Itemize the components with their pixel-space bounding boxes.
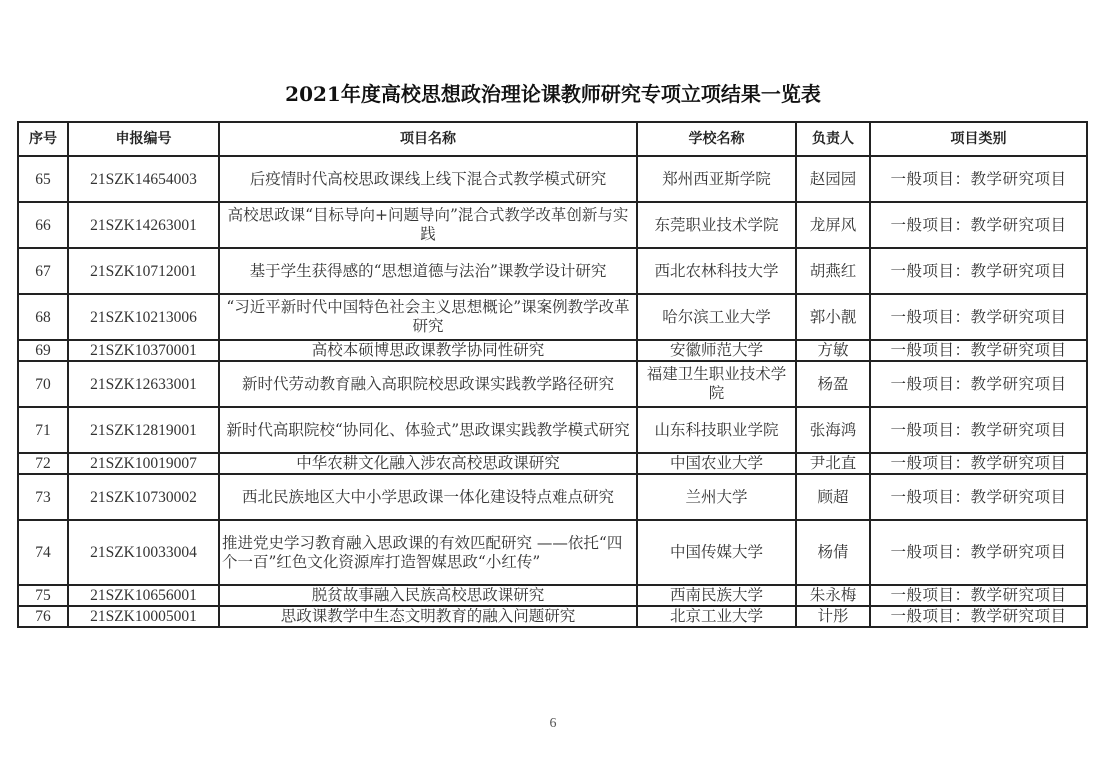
table-row: 71 21SZK12819001 新时代高职院校“协同化、体验式”思政课实践教学…	[18, 407, 1087, 453]
row-leader: 朱永梅	[796, 585, 870, 606]
row-no: 66	[18, 202, 68, 248]
row-code: 21SZK10712001	[68, 248, 219, 294]
table-row: 69 21SZK10370001 高校本硕博思政课教学协同性研究 安徽师范大学 …	[18, 340, 1087, 361]
row-school: 中国农业大学	[637, 453, 796, 474]
page-title: 2021年度高校思想政治理论课教师研究专项立项结果一览表	[0, 78, 1106, 107]
results-table: 序号 申报编号 项目名称 学校名称 负责人 项目类别 65 21SZK14654…	[17, 121, 1088, 628]
table-header-row: 序号 申报编号 项目名称 学校名称 负责人 项目类别	[18, 122, 1087, 156]
row-leader: 胡燕红	[796, 248, 870, 294]
row-school: 郑州西亚斯学院	[637, 156, 796, 202]
row-code: 21SZK14654003	[68, 156, 219, 202]
row-code: 21SZK10213006	[68, 294, 219, 340]
row-title: “习近平新时代中国特色社会主义思想概论”课案例教学改革研究	[219, 294, 637, 340]
row-leader: 计彤	[796, 606, 870, 627]
row-no: 70	[18, 361, 68, 407]
row-no: 75	[18, 585, 68, 606]
row-code: 21SZK10019007	[68, 453, 219, 474]
row-school: 兰州大学	[637, 474, 796, 520]
row-no: 71	[18, 407, 68, 453]
row-no: 73	[18, 474, 68, 520]
row-title: 推进党史学习教育融入思政课的有效匹配研究 ——依托“四个一百”红色文化资源库打造…	[219, 520, 637, 585]
row-school: 东莞职业技术学院	[637, 202, 796, 248]
row-category: 一般项目：教学研究项目	[870, 474, 1087, 520]
row-leader: 尹北直	[796, 453, 870, 474]
row-title: 后疫情时代高校思政课线上线下混合式教学模式研究	[219, 156, 637, 202]
table-row: 67 21SZK10712001 基于学生获得感的“思想道德与法治”课教学设计研…	[18, 248, 1087, 294]
row-no: 72	[18, 453, 68, 474]
row-category: 一般项目：教学研究项目	[870, 606, 1087, 627]
row-school: 福建卫生职业技术学院	[637, 361, 796, 407]
row-category: 一般项目：教学研究项目	[870, 453, 1087, 474]
row-category: 一般项目：教学研究项目	[870, 340, 1087, 361]
page-number: 6	[0, 716, 1106, 732]
row-leader: 赵园园	[796, 156, 870, 202]
row-code: 21SZK10730002	[68, 474, 219, 520]
row-category: 一般项目：教学研究项目	[870, 294, 1087, 340]
row-title: 新时代高职院校“协同化、体验式”思政课实践教学模式研究	[219, 407, 637, 453]
row-category: 一般项目：教学研究项目	[870, 520, 1087, 585]
table-row: 75 21SZK10656001 脱贫故事融入民族高校思政课研究 西南民族大学 …	[18, 585, 1087, 606]
column-header-category: 项目类别	[870, 122, 1087, 156]
row-code: 21SZK10370001	[68, 340, 219, 361]
column-header-title: 项目名称	[219, 122, 637, 156]
row-school: 安徽师范大学	[637, 340, 796, 361]
row-title: 高校本硕博思政课教学协同性研究	[219, 340, 637, 361]
column-header-leader: 负责人	[796, 122, 870, 156]
row-no: 67	[18, 248, 68, 294]
column-header-school: 学校名称	[637, 122, 796, 156]
row-no: 65	[18, 156, 68, 202]
row-category: 一般项目：教学研究项目	[870, 585, 1087, 606]
row-code: 21SZK12633001	[68, 361, 219, 407]
row-title: 脱贫故事融入民族高校思政课研究	[219, 585, 637, 606]
row-school: 山东科技职业学院	[637, 407, 796, 453]
row-no: 68	[18, 294, 68, 340]
row-no: 69	[18, 340, 68, 361]
column-header-code: 申报编号	[68, 122, 219, 156]
table-row: 68 21SZK10213006 “习近平新时代中国特色社会主义思想概论”课案例…	[18, 294, 1087, 340]
row-school: 西南民族大学	[637, 585, 796, 606]
row-school: 西北农林科技大学	[637, 248, 796, 294]
column-header-no: 序号	[18, 122, 68, 156]
row-no: 74	[18, 520, 68, 585]
row-leader: 龙屏风	[796, 202, 870, 248]
table-row: 76 21SZK10005001 思政课教学中生态文明教育的融入问题研究 北京工…	[18, 606, 1087, 627]
table-row: 74 21SZK10033004 推进党史学习教育融入思政课的有效匹配研究 ——…	[18, 520, 1087, 585]
row-category: 一般项目：教学研究项目	[870, 407, 1087, 453]
row-code: 21SZK10656001	[68, 585, 219, 606]
row-title: 新时代劳动教育融入高职院校思政课实践教学路径研究	[219, 361, 637, 407]
row-code: 21SZK12819001	[68, 407, 219, 453]
row-school: 北京工业大学	[637, 606, 796, 627]
row-title: 高校思政课“目标导向+问题导向”混合式教学改革创新与实践	[219, 202, 637, 248]
row-code: 21SZK10005001	[68, 606, 219, 627]
table-row: 72 21SZK10019007 中华农耕文化融入涉农高校思政课研究 中国农业大…	[18, 453, 1087, 474]
row-school: 中国传媒大学	[637, 520, 796, 585]
table-row: 70 21SZK12633001 新时代劳动教育融入高职院校思政课实践教学路径研…	[18, 361, 1087, 407]
row-category: 一般项目：教学研究项目	[870, 156, 1087, 202]
row-code: 21SZK10033004	[68, 520, 219, 585]
row-leader: 杨倩	[796, 520, 870, 585]
row-title: 基于学生获得感的“思想道德与法治”课教学设计研究	[219, 248, 637, 294]
row-category: 一般项目：教学研究项目	[870, 202, 1087, 248]
row-title: 中华农耕文化融入涉农高校思政课研究	[219, 453, 637, 474]
row-leader: 张海鸿	[796, 407, 870, 453]
row-leader: 顾超	[796, 474, 870, 520]
table-row: 66 21SZK14263001 高校思政课“目标导向+问题导向”混合式教学改革…	[18, 202, 1087, 248]
row-school: 哈尔滨工业大学	[637, 294, 796, 340]
row-leader: 方敏	[796, 340, 870, 361]
row-title: 思政课教学中生态文明教育的融入问题研究	[219, 606, 637, 627]
row-category: 一般项目：教学研究项目	[870, 361, 1087, 407]
row-title: 西北民族地区大中小学思政课一体化建设特点难点研究	[219, 474, 637, 520]
row-no: 76	[18, 606, 68, 627]
table-row: 73 21SZK10730002 西北民族地区大中小学思政课一体化建设特点难点研…	[18, 474, 1087, 520]
row-code: 21SZK14263001	[68, 202, 219, 248]
row-category: 一般项目：教学研究项目	[870, 248, 1087, 294]
row-leader: 杨盈	[796, 361, 870, 407]
row-leader: 郭小靓	[796, 294, 870, 340]
table-row: 65 21SZK14654003 后疫情时代高校思政课线上线下混合式教学模式研究…	[18, 156, 1087, 202]
